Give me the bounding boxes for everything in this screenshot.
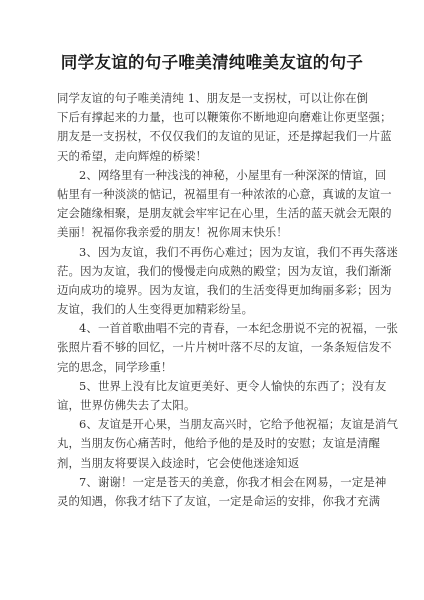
text-line: 朋友是一支拐杖，不仅仅我们的友谊的见证，还是撑起我们一片蓝 xyxy=(57,127,367,146)
text-line: 剂，当朋友将要误入歧途时，它会使他迷途知返 xyxy=(57,454,367,473)
paragraph-3: 3、因为友谊，我们不再伤心难过；因为友谊，我们不再失落迷 茫。因为友谊，我们的慢… xyxy=(57,243,367,320)
text-line: 茫。因为友谊，我们的慢慢走向成熟的殿堂；因为友谊，我们渐渐 xyxy=(57,262,367,281)
text-line: 完的思念，同学珍重！ xyxy=(57,358,367,377)
text-line: 友谊，我们的人生变得更加精彩纷呈。 xyxy=(57,300,367,319)
paragraph-5: 5、世界上没有比友谊更美好、更令人愉快的东西了；没有友 谊，世界仿佛失去了太阳。 xyxy=(57,377,367,415)
text-line: 6、友谊是开心果，当朋友高兴时，它给予他祝福；友谊是消气 xyxy=(57,415,367,434)
document-page: 同学友谊的句子唯美清纯唯美友谊的句子 同学友谊的句子唯美清纯 1、朋友是一支拐杖… xyxy=(0,0,424,600)
paragraph-7: 7、谢谢！一定是苍天的美意，你我才相会在网易，一定是神 灵的知遇，你我才结下了友… xyxy=(57,473,367,511)
paragraph-6: 6、友谊是开心果，当朋友高兴时，它给予他祝福；友谊是消气 丸，当朋友伤心痛苦时，… xyxy=(57,415,367,473)
document-body: 同学友谊的句子唯美清纯 1、朋友是一支拐杖，可以让你在倒 下后有撑起来的力量，也… xyxy=(57,89,367,511)
text-line: 迈向成功的境界。因为友谊，我们的生活变得更加绚丽多彩；因为 xyxy=(57,281,367,300)
text-line: 丸，当朋友伤心痛苦时，他给予他的是及时的安慰；友谊是清醒 xyxy=(57,434,367,453)
text-line: 张照片看不够的回忆，一片片树叶落不尽的友谊，一条条短信发不 xyxy=(57,338,367,357)
text-line: 灵的知遇，你我才结下了友谊，一定是命运的安排，你我才充满 xyxy=(57,492,367,511)
paragraph-1: 同学友谊的句子唯美清纯 1、朋友是一支拐杖，可以让你在倒 下后有撑起来的力量，也… xyxy=(57,89,367,166)
text-line: 下后有撑起来的力量，也可以鞭策你不断地迎向磨难让你更坚强； xyxy=(57,108,367,127)
paragraph-2: 2、网络里有一种浅浅的神秘，小屋里有一种深深的情谊，回 帖里有一种淡淡的惦记，祝… xyxy=(57,166,367,243)
text-line: 谊，世界仿佛失去了太阳。 xyxy=(57,396,367,415)
text-line: 定会随缘相聚，是朋友就会牢牢记在心里，生活的蓝天就会无限的 xyxy=(57,204,367,223)
text-line: 美丽！祝福你我亲爱的朋友！祝你周末快乐！ xyxy=(57,223,367,242)
text-line: 4、一首首歌曲唱不完的青春，一本纪念册说不完的祝福，一张 xyxy=(57,319,367,338)
text-line: 3、因为友谊，我们不再伤心难过；因为友谊，我们不再失落迷 xyxy=(57,243,367,262)
paragraph-4: 4、一首首歌曲唱不完的青春，一本纪念册说不完的祝福，一张 张照片看不够的回忆，一… xyxy=(57,319,367,377)
text-line: 7、谢谢！一定是苍天的美意，你我才相会在网易，一定是神 xyxy=(57,473,367,492)
text-line: 同学友谊的句子唯美清纯 1、朋友是一支拐杖，可以让你在倒 xyxy=(57,89,367,108)
document-title: 同学友谊的句子唯美清纯唯美友谊的句子 xyxy=(0,52,424,74)
text-line: 帖里有一种淡淡的惦记，祝福里有一种浓浓的心意，真诚的友谊一 xyxy=(57,185,367,204)
text-line: 天的希望，走向辉煌的桥梁！ xyxy=(57,147,367,166)
text-line: 2、网络里有一种浅浅的神秘，小屋里有一种深深的情谊，回 xyxy=(57,166,367,185)
text-line: 5、世界上没有比友谊更美好、更令人愉快的东西了；没有友 xyxy=(57,377,367,396)
